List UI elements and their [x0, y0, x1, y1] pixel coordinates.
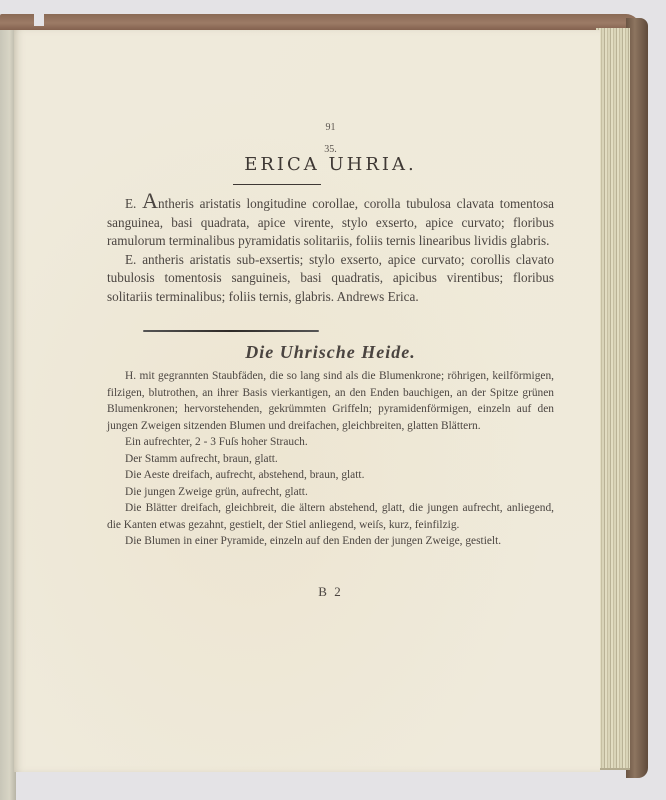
dropcap-letter: A	[142, 188, 158, 213]
binding-gap	[34, 14, 44, 26]
page-title: ERICA UHRIA.	[107, 154, 554, 175]
latin-paragraph-1: E. Antheris aristatis longitudine coroll…	[107, 192, 554, 251]
german-paragraph: Die jungen Zweige grün, aufrecht, glatt.	[107, 484, 554, 501]
german-title: Die Uhrische Heide.	[107, 342, 554, 363]
german-paragraph: Die Aeste dreifach, aufrecht, abstehend,…	[107, 467, 554, 484]
german-paragraph: Die Blätter dreifach, gleichbreit, die ä…	[107, 500, 554, 533]
latin-paragraph-1-text: ntheris aristatis longitudine corollae, …	[107, 196, 554, 248]
latin-description: E. Antheris aristatis longitudine coroll…	[107, 192, 554, 306]
german-description: H. mit gegrannten Staubfäden, die so lan…	[107, 368, 554, 550]
german-paragraph: Ein aufrechter, 2 - 3 Fuſs hoher Strauch…	[107, 434, 554, 451]
title-rule	[233, 184, 321, 185]
latin-paragraph-2: E. antheris aristatis sub-exsertis; styl…	[107, 251, 554, 307]
section-rule	[143, 330, 319, 332]
book-page: 91 35. ERICA UHRIA. E. Antheris aristati…	[14, 30, 600, 772]
latin-prefix: E.	[125, 196, 142, 211]
german-paragraph: Der Stamm aufrecht, braun, glatt.	[107, 451, 554, 468]
page-stack-edges	[596, 28, 630, 770]
german-paragraph: H. mit gegrannten Staubfäden, die so lan…	[107, 368, 554, 434]
page-number: 91	[107, 122, 554, 133]
signature-mark: B 2	[107, 584, 554, 600]
german-paragraph: Die Blumen in einer Pyramide, einzeln au…	[107, 533, 554, 550]
